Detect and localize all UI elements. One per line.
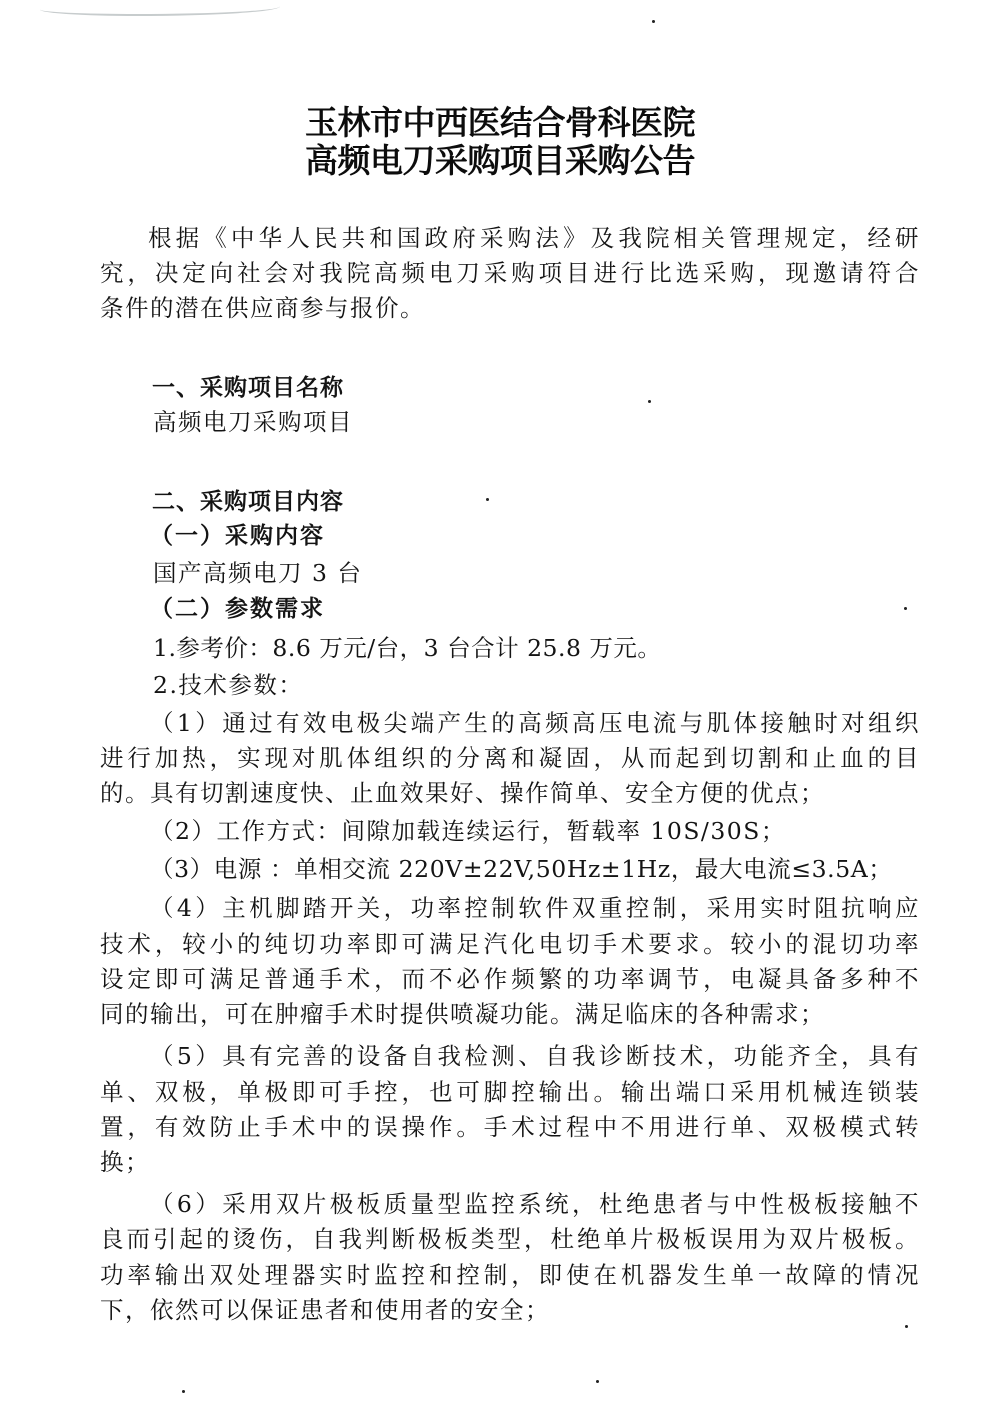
tech-item-5-line-2: 单、双极，单极即可手控，也可脚控输出。输出端口采用机械连锁装 — [100, 1077, 920, 1107]
scan-speck — [596, 1380, 599, 1383]
tech-item-4-line-1: （4）主机脚踏开关，功率控制软件双重控制，采用实时阻抗响应 — [150, 893, 920, 923]
subsection-1-body: 国产高频电刀 3 台 — [153, 558, 973, 588]
tech-item-6-line-2: 良而引起的烫伤，自我判断极板类型，杜绝单片极板误用为双片极板。 — [100, 1224, 920, 1254]
intro-line-2: 究，决定向社会对我院高频电刀采购项目进行比选采购，现邀请符合 — [100, 258, 920, 288]
tech-item-4-line-3: 设定即可满足普通手术，而不必作频繁的功率调节，电凝具备多种不 — [100, 964, 920, 994]
document-title-line-2: 高频电刀采购项目采购公告 — [0, 142, 1000, 180]
subsection-2-heading: （二）参数需求 — [150, 594, 970, 624]
tech-item-5-line-4: 换； — [100, 1147, 920, 1177]
scan-speck — [486, 498, 489, 501]
tech-item-5-line-3: 置，有效防止手术中的误操作。手术过程中不用进行单、双极模式转 — [100, 1112, 920, 1142]
scanned-document-page: 玉林市中西医结合骨科医院 高频电刀采购项目采购公告 根据《中华人民共和国政府采购… — [0, 0, 1000, 1419]
tech-item-6-line-3: 功率输出双处理器实时监控和控制，即使在机器发生单一故障的情况 — [100, 1260, 920, 1290]
tech-item-6-line-4: 下，依然可以保证患者和使用者的安全； — [100, 1295, 920, 1325]
document-title-line-1: 玉林市中西医结合骨科医院 — [0, 104, 1000, 142]
tech-item-4-line-4: 同的输出，可在肿瘤手术时提供喷凝功能。满足临床的各种需求； — [100, 999, 920, 1029]
scan-speck — [652, 20, 655, 23]
intro-line-1: 根据《中华人民共和国政府采购法》及我院相关管理规定，经研 — [148, 223, 920, 253]
section-1-body: 高频电刀采购项目 — [153, 407, 973, 437]
scan-speck — [904, 607, 907, 610]
subsection-1-heading: （一）采购内容 — [150, 521, 970, 551]
scan-artifact-edge — [40, 0, 280, 16]
scan-speck — [648, 400, 651, 403]
section-1-heading: 一、采购项目名称 — [152, 373, 972, 403]
tech-item-2: （2）工作方式：间隙加载连续运行，暂载率 10S/30S； — [150, 816, 970, 846]
tech-item-1-line-2: 进行加热，实现对肌体组织的分离和凝固，从而起到切割和止血的目 — [100, 743, 920, 773]
tech-item-3: （3）电源 ：单相交流 220V±22V,50Hz±1Hz，最大电流≤3.5A； — [150, 854, 970, 884]
intro-line-3: 条件的潜在供应商参与报价。 — [100, 293, 920, 323]
tech-item-6-line-1: （6）采用双片极板质量型监控系统，杜绝患者与中性极板接触不 — [150, 1189, 920, 1219]
section-2-heading: 二、采购项目内容 — [152, 487, 972, 517]
scan-speck — [182, 1390, 185, 1393]
tech-item-4-line-2: 技术，较小的纯切功率即可满足汽化电切手术要求。较小的混切功率 — [100, 929, 920, 959]
reference-price: 1.参考价：8.6 万元/台，3 台合计 25.8 万元。 — [153, 633, 973, 663]
tech-item-5-line-1: （5）具有完善的设备自我检测、自我诊断技术，功能齐全，具有 — [150, 1041, 920, 1071]
scan-speck — [905, 1325, 908, 1328]
tech-item-1-line-1: （1）通过有效电极尖端产生的高频高压电流与肌体接触时对组织 — [150, 708, 920, 738]
technical-params-label: 2.技术参数： — [153, 670, 973, 700]
tech-item-1-line-3: 的。具有切割速度快、止血效果好、操作简单、安全方便的优点； — [100, 778, 920, 808]
